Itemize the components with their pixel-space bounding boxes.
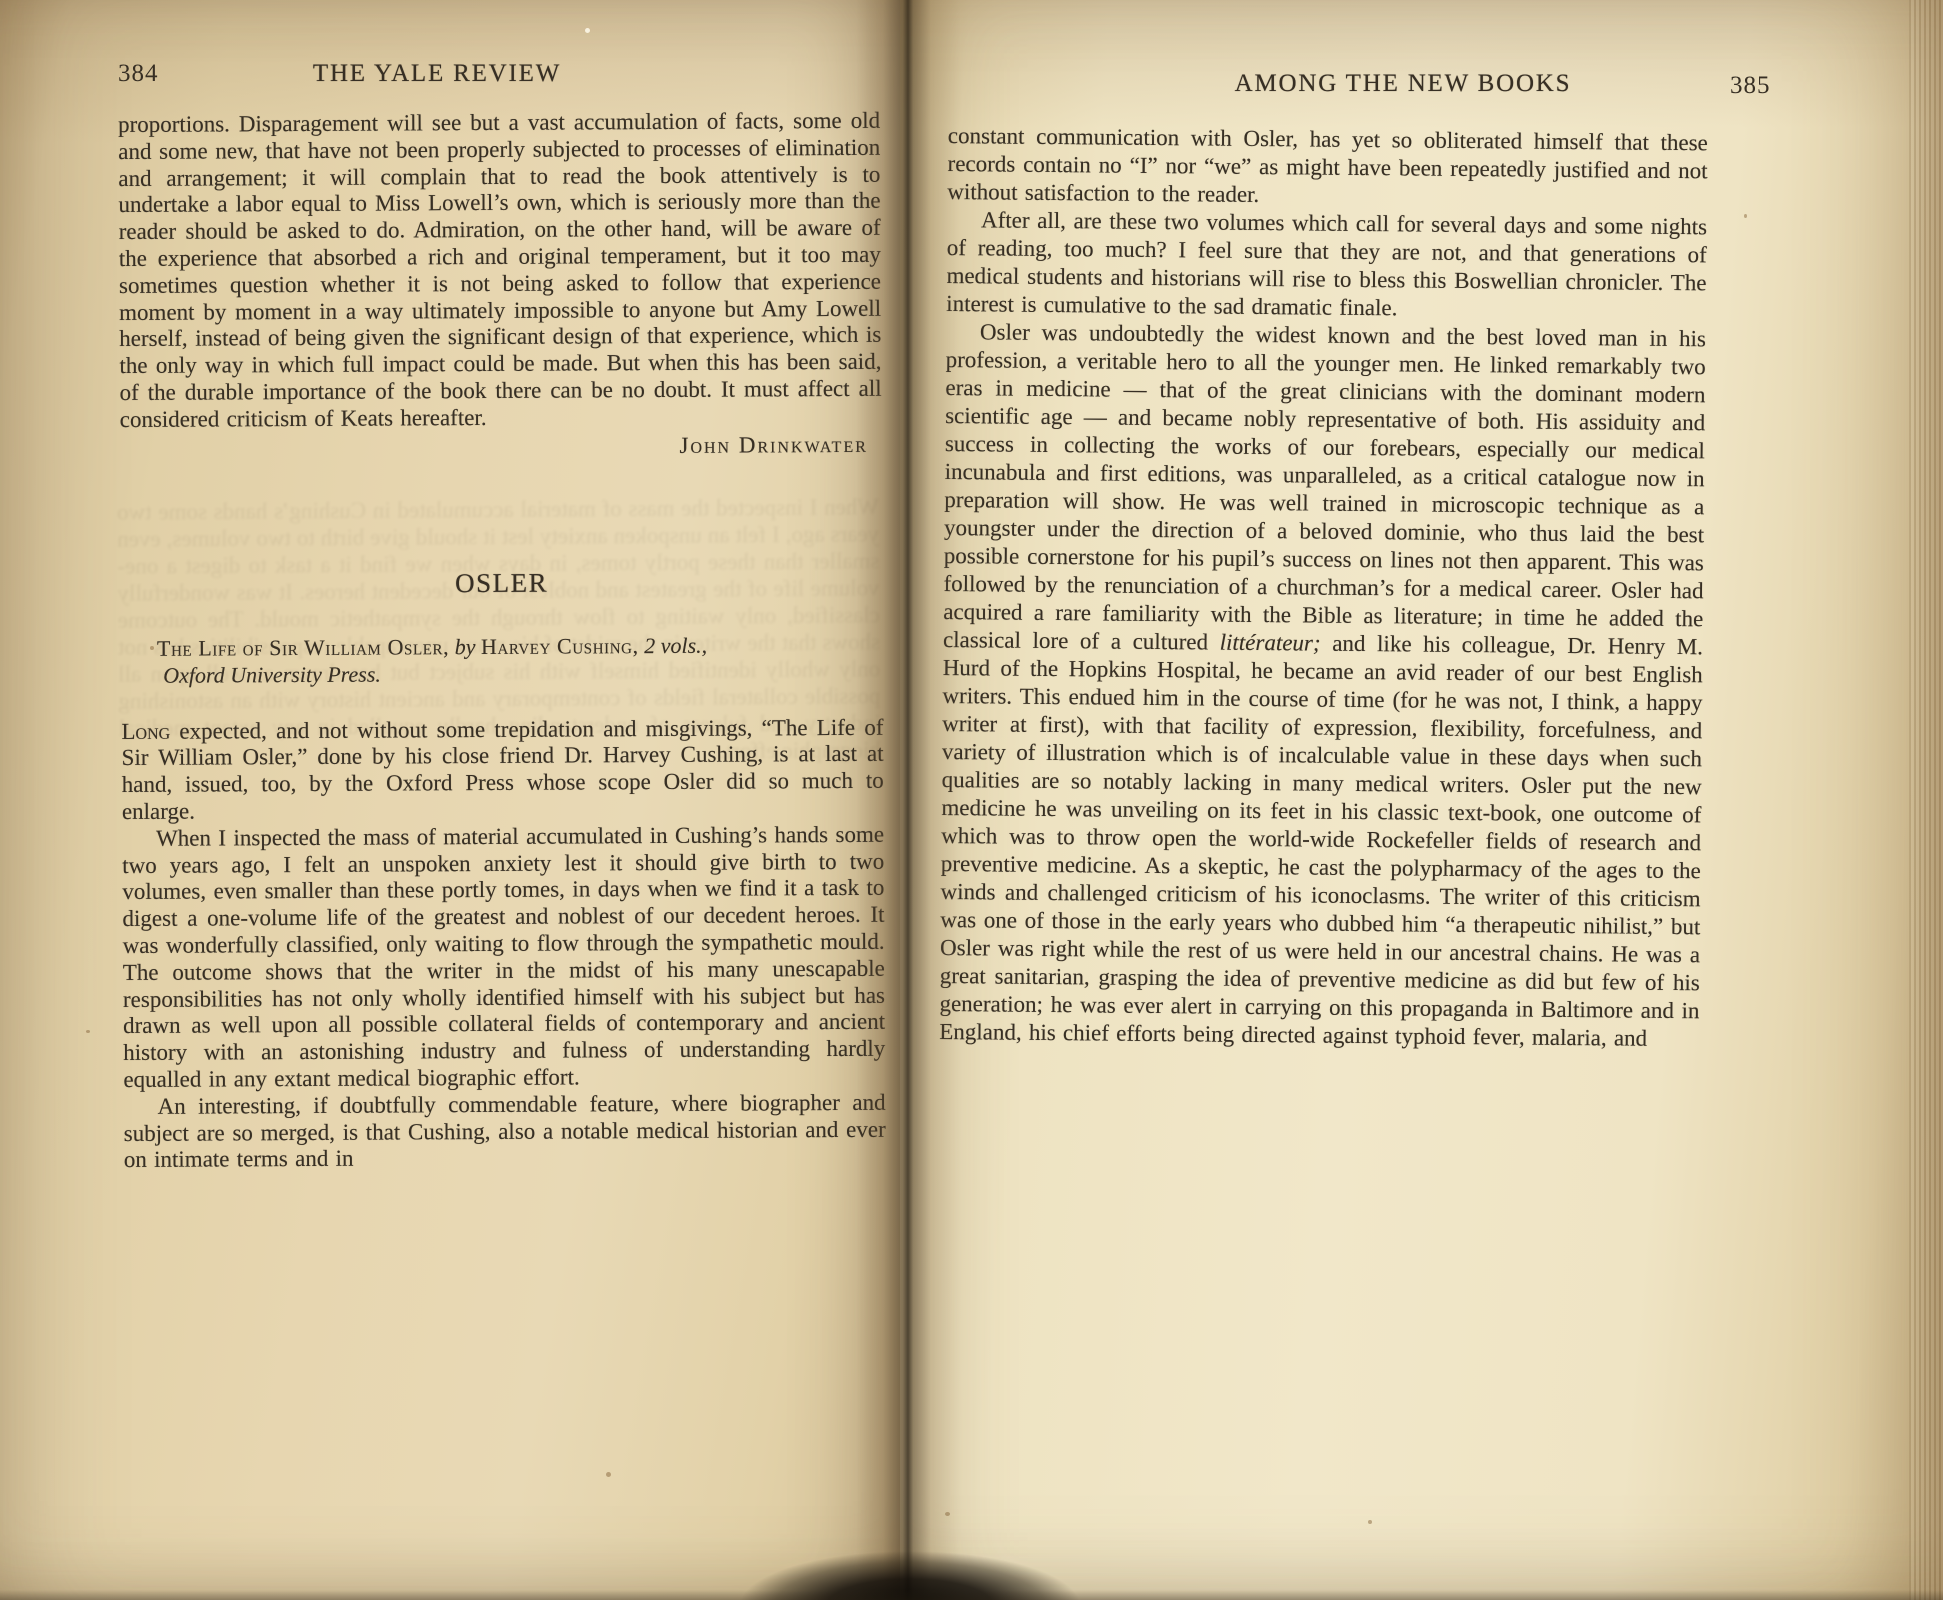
osler-review-continuation: constant communication with Osler, has y… [947, 122, 1708, 213]
citation-author: Harvey Cushing, [481, 633, 639, 659]
citation-by: by [455, 634, 476, 659]
paragraph-lead-small-caps: Long [121, 718, 170, 743]
osler-review-paragraph-3: An interesting, if doubtfully commendabl… [123, 1089, 885, 1174]
right-running-header: AMONG THE NEW BOOKS 385 [948, 70, 1708, 108]
right-page-number: 385 [1730, 72, 1771, 100]
reviewer-signature: John Drinkwater [120, 430, 868, 461]
right-page: AMONG THE NEW BOOKS 385 constant communi… [900, 0, 1943, 1600]
lowell-review-continuation: proportions. Disparagement will see but … [118, 108, 882, 434]
citation-title: The Life of Sir William Osler, [157, 634, 449, 661]
review-heading: OSLER [121, 565, 883, 600]
osler-review-paragraph-1: Long expected, and not without some trep… [121, 714, 884, 825]
left-page: 384 THE YALE REVIEW When I inspected the… [0, 0, 900, 1600]
osler-review-paragraph-5: Osler was undoubtedly the widest known a… [939, 318, 1706, 1053]
book-citation: The Life of Sir William Osler, by Harvey… [157, 630, 883, 688]
left-running-header: 384 THE YALE REVIEW [118, 60, 880, 98]
right-running-head-title: AMONG THE NEW BOOKS [1023, 70, 1783, 98]
citation-publisher: Oxford University Press. [163, 661, 381, 687]
osler-review-paragraph-2: When I inspected the mass of material ac… [122, 821, 885, 1093]
open-book-photo: 384 THE YALE REVIEW When I inspected the… [0, 0, 1943, 1600]
french-italic-term: littérateur; [1220, 630, 1321, 656]
citation-vols: 2 vols., [644, 632, 707, 657]
left-running-head-title: THE YALE REVIEW [56, 60, 818, 88]
page-edge-stack [1909, 0, 1943, 1600]
osler-review-paragraph-4: After all, are these two volumes which c… [946, 206, 1707, 325]
